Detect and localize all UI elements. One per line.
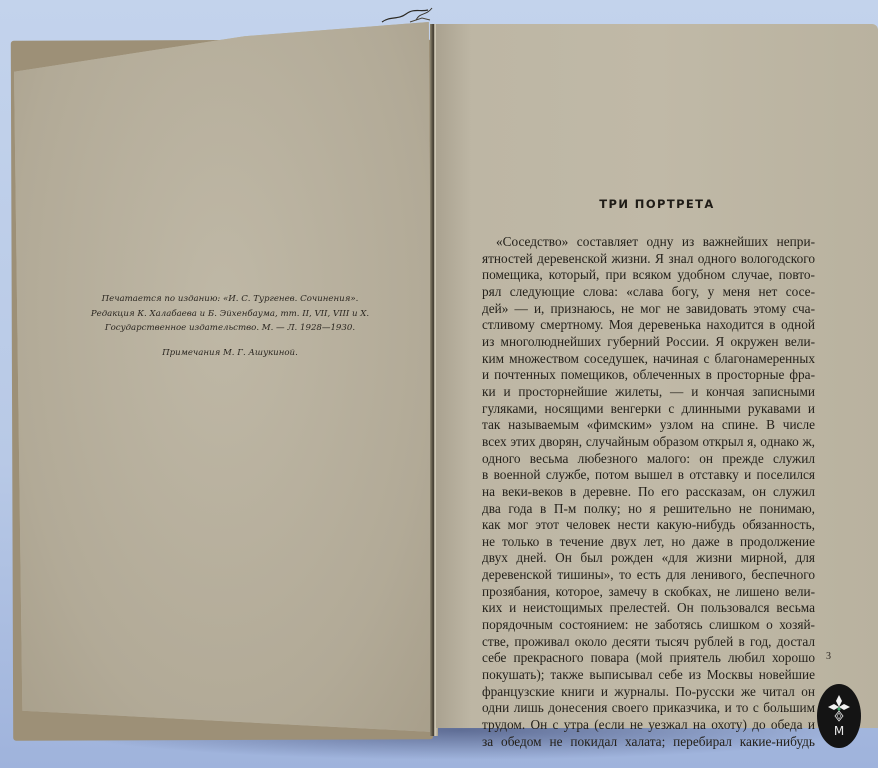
text-line: на веки-веков в деревне. По его рассказа…: [482, 484, 815, 501]
text-line: два года в П-м полку; но я решительно не…: [482, 501, 815, 518]
text-line: как мог этот человек нести какую-нибудь …: [482, 517, 815, 534]
text-line: гуляками, носящими венгерки с длинными р…: [482, 401, 815, 418]
svg-text:М: М: [834, 724, 844, 738]
text-line: рял следующие слова: «слава богу, у меня…: [482, 284, 815, 301]
text-line: трудом. Он с утра (если не уезжал на охо…: [482, 717, 815, 734]
text-line: всех этих дворян, случайным образом откр…: [482, 434, 815, 451]
left-page: [14, 22, 433, 732]
imprint-line: Печатается по изданию: «И. С. Тургенев. …: [70, 292, 390, 307]
text-line: порядочным состоянием: не заботясь слишк…: [482, 617, 815, 634]
watermark-badge: М: [817, 684, 861, 748]
text-line: стве, проживал около десяти тысяч рублей…: [482, 634, 815, 651]
frayed-spine-icon: [380, 6, 440, 26]
text-line: себе прекрасного повара (мой приятель лю…: [482, 650, 815, 667]
imprint-line: Государственное издательство. М. — Л. 19…: [70, 321, 390, 336]
text-line: дей» — и, признаюсь, не мог не завидоват…: [482, 301, 815, 318]
text-line: двух дней. Он был рожден «для жизни мирн…: [482, 550, 815, 567]
imprint-block: Печатается по изданию: «И. С. Тургенев. …: [70, 292, 390, 360]
text-line: ки и просторнейшие жилеты, — и кончая за…: [482, 384, 815, 401]
text-line: французские книги и журналы. По-русски ж…: [482, 684, 815, 701]
text-line: за обедом не покидал халата; перебирал к…: [482, 734, 815, 751]
chapter-title: ТРИ ПОРТРЕТА: [436, 197, 878, 211]
text-line: одного весьма любезного малого: он прежд…: [482, 451, 815, 468]
text-line: в военной службе, потом вышел в отставку…: [482, 467, 815, 484]
text-line: ких и неистощимых прелестей. Он пользова…: [482, 600, 815, 617]
text-line: стливому смертному. Моя деревенька наход…: [482, 317, 815, 334]
body-text: «Соседство» составляет одну из важнейших…: [482, 234, 815, 750]
ornament-monogram-icon: М: [824, 693, 854, 739]
text-line: прозябания, которое, замечу в скобках, н…: [482, 584, 815, 601]
text-line: одни лишь донесения своего приказчика, и…: [482, 700, 815, 717]
page-number: 3: [826, 651, 831, 662]
text-line: ким множеством соседушек, начиная с благ…: [482, 351, 815, 368]
text-line: деревенской тишины», то есть для ленивог…: [482, 567, 815, 584]
notes-credit: Примечания М. Г. Ашукиной.: [70, 346, 390, 361]
text-line: помещика, который, при всяком удобном сл…: [482, 267, 815, 284]
text-line: покушать); также выписывал себе из Москв…: [482, 667, 815, 684]
text-line: ятностей деревенской жизни. Я знал одног…: [482, 251, 815, 268]
imprint-line: Редакция К. Халабаева и Б. Эйхенбаума, т…: [70, 307, 390, 322]
text-line: не только в течение двух лет, но даже в …: [482, 534, 815, 551]
text-line: из многолюднейших губерний России. Я окр…: [482, 334, 815, 351]
text-line: так называемым «фимским» узлом на спине.…: [482, 417, 815, 434]
text-line: и почтенных помещиков, облеченных в прос…: [482, 367, 815, 384]
text-line: «Соседство» составляет одну из важнейших…: [482, 234, 815, 251]
